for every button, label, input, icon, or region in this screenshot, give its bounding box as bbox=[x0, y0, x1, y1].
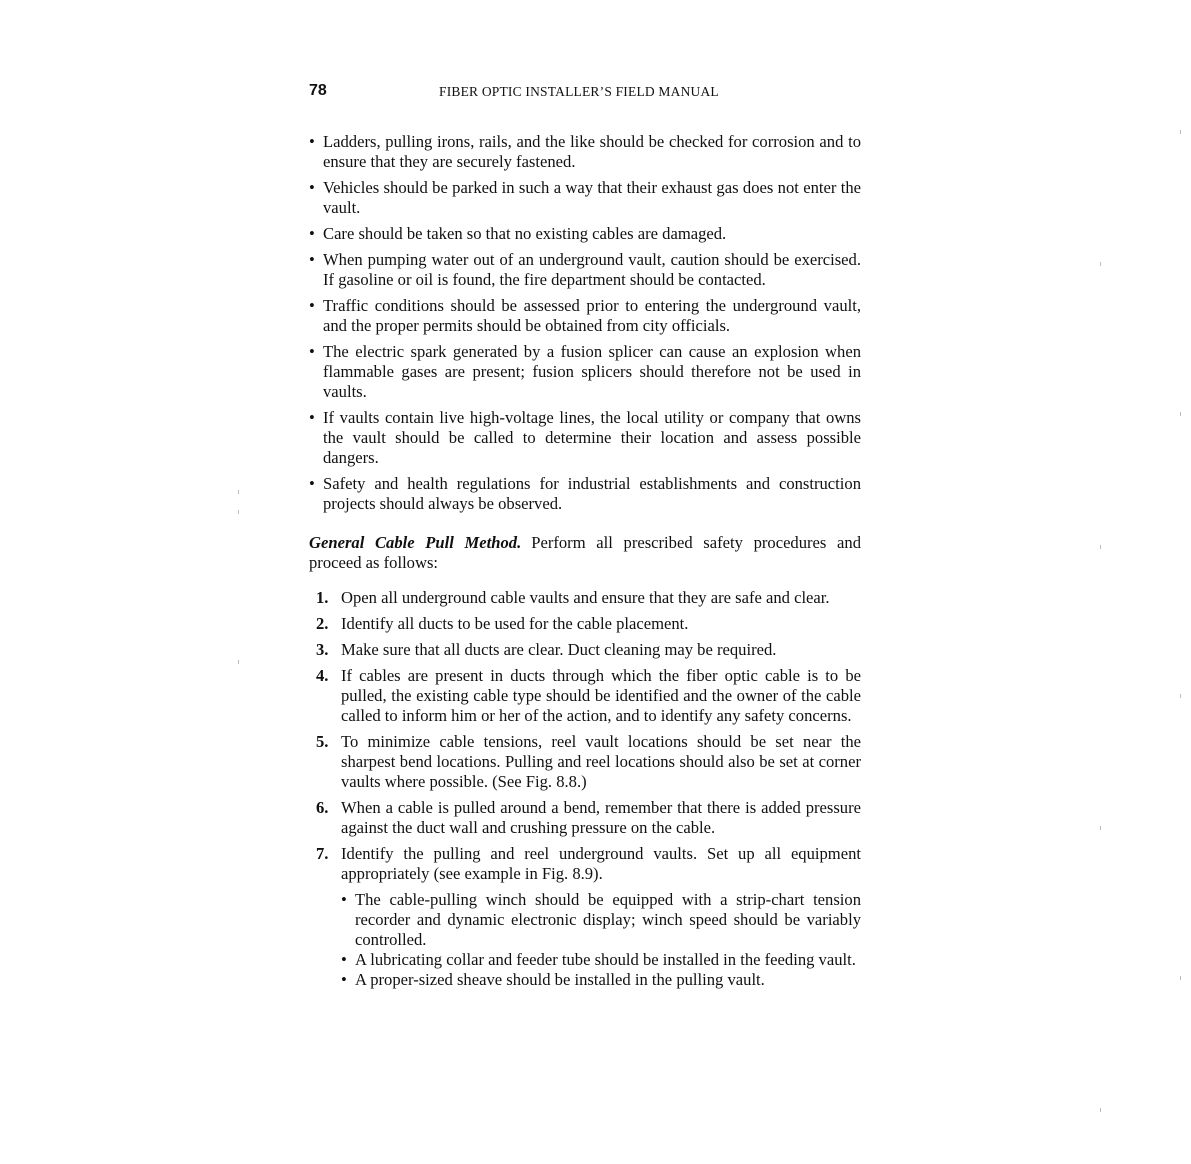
bullet-icon: • bbox=[309, 296, 315, 316]
scan-artifact bbox=[1180, 976, 1181, 980]
step-text: To minimize cable tensions, reel vault l… bbox=[341, 732, 861, 791]
scan-artifact bbox=[238, 490, 239, 494]
bullet-icon: • bbox=[341, 890, 347, 910]
bullet-icon: • bbox=[341, 950, 347, 970]
page-number: 78 bbox=[309, 82, 327, 100]
step-item: 7.Identify the pulling and reel undergro… bbox=[309, 844, 861, 990]
step-number: 6. bbox=[316, 798, 328, 818]
bullet-item: •If vaults contain live high-voltage lin… bbox=[309, 408, 861, 468]
scan-artifact bbox=[1180, 694, 1181, 698]
page-body: •Ladders, pulling irons, rails, and the … bbox=[309, 132, 861, 996]
bullet-icon: • bbox=[309, 342, 315, 362]
bullet-icon: • bbox=[309, 178, 315, 198]
bullet-text: Safety and health regulations for indust… bbox=[323, 474, 861, 513]
step-text: Identify the pulling and reel undergroun… bbox=[341, 844, 861, 883]
safety-bullet-list: •Ladders, pulling irons, rails, and the … bbox=[309, 132, 861, 514]
step-number: 4. bbox=[316, 666, 328, 686]
scan-artifact bbox=[1180, 412, 1181, 416]
scan-artifact bbox=[1100, 262, 1101, 266]
step-text: Identify all ducts to be used for the ca… bbox=[341, 614, 688, 633]
bullet-item: •The electric spark generated by a fusio… bbox=[309, 342, 861, 402]
step-number: 5. bbox=[316, 732, 328, 752]
sub-bullet-text: The cable-pulling winch should be equipp… bbox=[355, 890, 861, 949]
bullet-icon: • bbox=[309, 224, 315, 244]
step-text: Make sure that all ducts are clear. Duct… bbox=[341, 640, 776, 659]
bullet-text: If vaults contain live high-voltage line… bbox=[323, 408, 861, 467]
bullet-text: The electric spark generated by a fusion… bbox=[323, 342, 861, 401]
step-text: Open all underground cable vaults and en… bbox=[341, 588, 830, 607]
sub-bullet-item: •The cable-pulling winch should be equip… bbox=[341, 890, 861, 950]
page-header: 78 FIBER OPTIC INSTALLER’S FIELD MANUAL bbox=[309, 82, 869, 104]
scan-artifact bbox=[238, 510, 239, 514]
bullet-icon: • bbox=[309, 474, 315, 494]
scan-artifact bbox=[238, 660, 239, 664]
step-number: 2. bbox=[316, 614, 328, 634]
sub-bullet-item: •A lubricating collar and feeder tube sh… bbox=[341, 950, 861, 970]
section-intro: General Cable Pull Method.Perform all pr… bbox=[309, 533, 861, 573]
bullet-icon: • bbox=[309, 408, 315, 428]
bullet-text: When pumping water out of an underground… bbox=[323, 250, 861, 289]
bullet-text: Vehicles should be parked in such a way … bbox=[323, 178, 861, 217]
step-number: 7. bbox=[316, 844, 328, 864]
bullet-item: •Ladders, pulling irons, rails, and the … bbox=[309, 132, 861, 172]
step-item: 1.Open all underground cable vaults and … bbox=[309, 588, 861, 608]
bullet-text: Ladders, pulling irons, rails, and the l… bbox=[323, 132, 861, 171]
bullet-item: •Care should be taken so that no existin… bbox=[309, 224, 861, 244]
bullet-icon: • bbox=[309, 132, 315, 152]
scan-artifact bbox=[1100, 826, 1101, 830]
scan-artifact bbox=[1100, 1108, 1101, 1112]
bullet-text: Care should be taken so that no existing… bbox=[323, 224, 726, 243]
bullet-item: •Safety and health regulations for indus… bbox=[309, 474, 861, 514]
step-number: 1. bbox=[316, 588, 328, 608]
bullet-item: •Traffic conditions should be assessed p… bbox=[309, 296, 861, 336]
running-head: FIBER OPTIC INSTALLER’S FIELD MANUAL bbox=[439, 84, 719, 100]
sub-bullet-text: A proper-sized sheave should be installe… bbox=[355, 970, 765, 989]
bullet-item: •When pumping water out of an undergroun… bbox=[309, 250, 861, 290]
sub-bullet-item: •A proper-sized sheave should be install… bbox=[341, 970, 861, 990]
bullet-icon: • bbox=[341, 970, 347, 990]
step-text: When a cable is pulled around a bend, re… bbox=[341, 798, 861, 837]
section-heading: General Cable Pull Method. bbox=[309, 533, 521, 552]
bullet-item: •Vehicles should be parked in such a way… bbox=[309, 178, 861, 218]
sub-bullet-text: A lubricating collar and feeder tube sho… bbox=[355, 950, 856, 969]
step-number: 3. bbox=[316, 640, 328, 660]
step-item: 2.Identify all ducts to be used for the … bbox=[309, 614, 861, 634]
bullet-text: Traffic conditions should be assessed pr… bbox=[323, 296, 861, 335]
step-text: If cables are present in ducts through w… bbox=[341, 666, 861, 725]
step-item: 3.Make sure that all ducts are clear. Du… bbox=[309, 640, 861, 660]
scan-artifact bbox=[1100, 545, 1101, 549]
step-item: 4.If cables are present in ducts through… bbox=[309, 666, 861, 726]
procedure-steps: 1.Open all underground cable vaults and … bbox=[309, 588, 861, 990]
equipment-sub-bullets: •The cable-pulling winch should be equip… bbox=[341, 890, 861, 990]
step-item: 5.To minimize cable tensions, reel vault… bbox=[309, 732, 861, 792]
bullet-icon: • bbox=[309, 250, 315, 270]
step-item: 6.When a cable is pulled around a bend, … bbox=[309, 798, 861, 838]
scan-artifact bbox=[1180, 130, 1181, 134]
